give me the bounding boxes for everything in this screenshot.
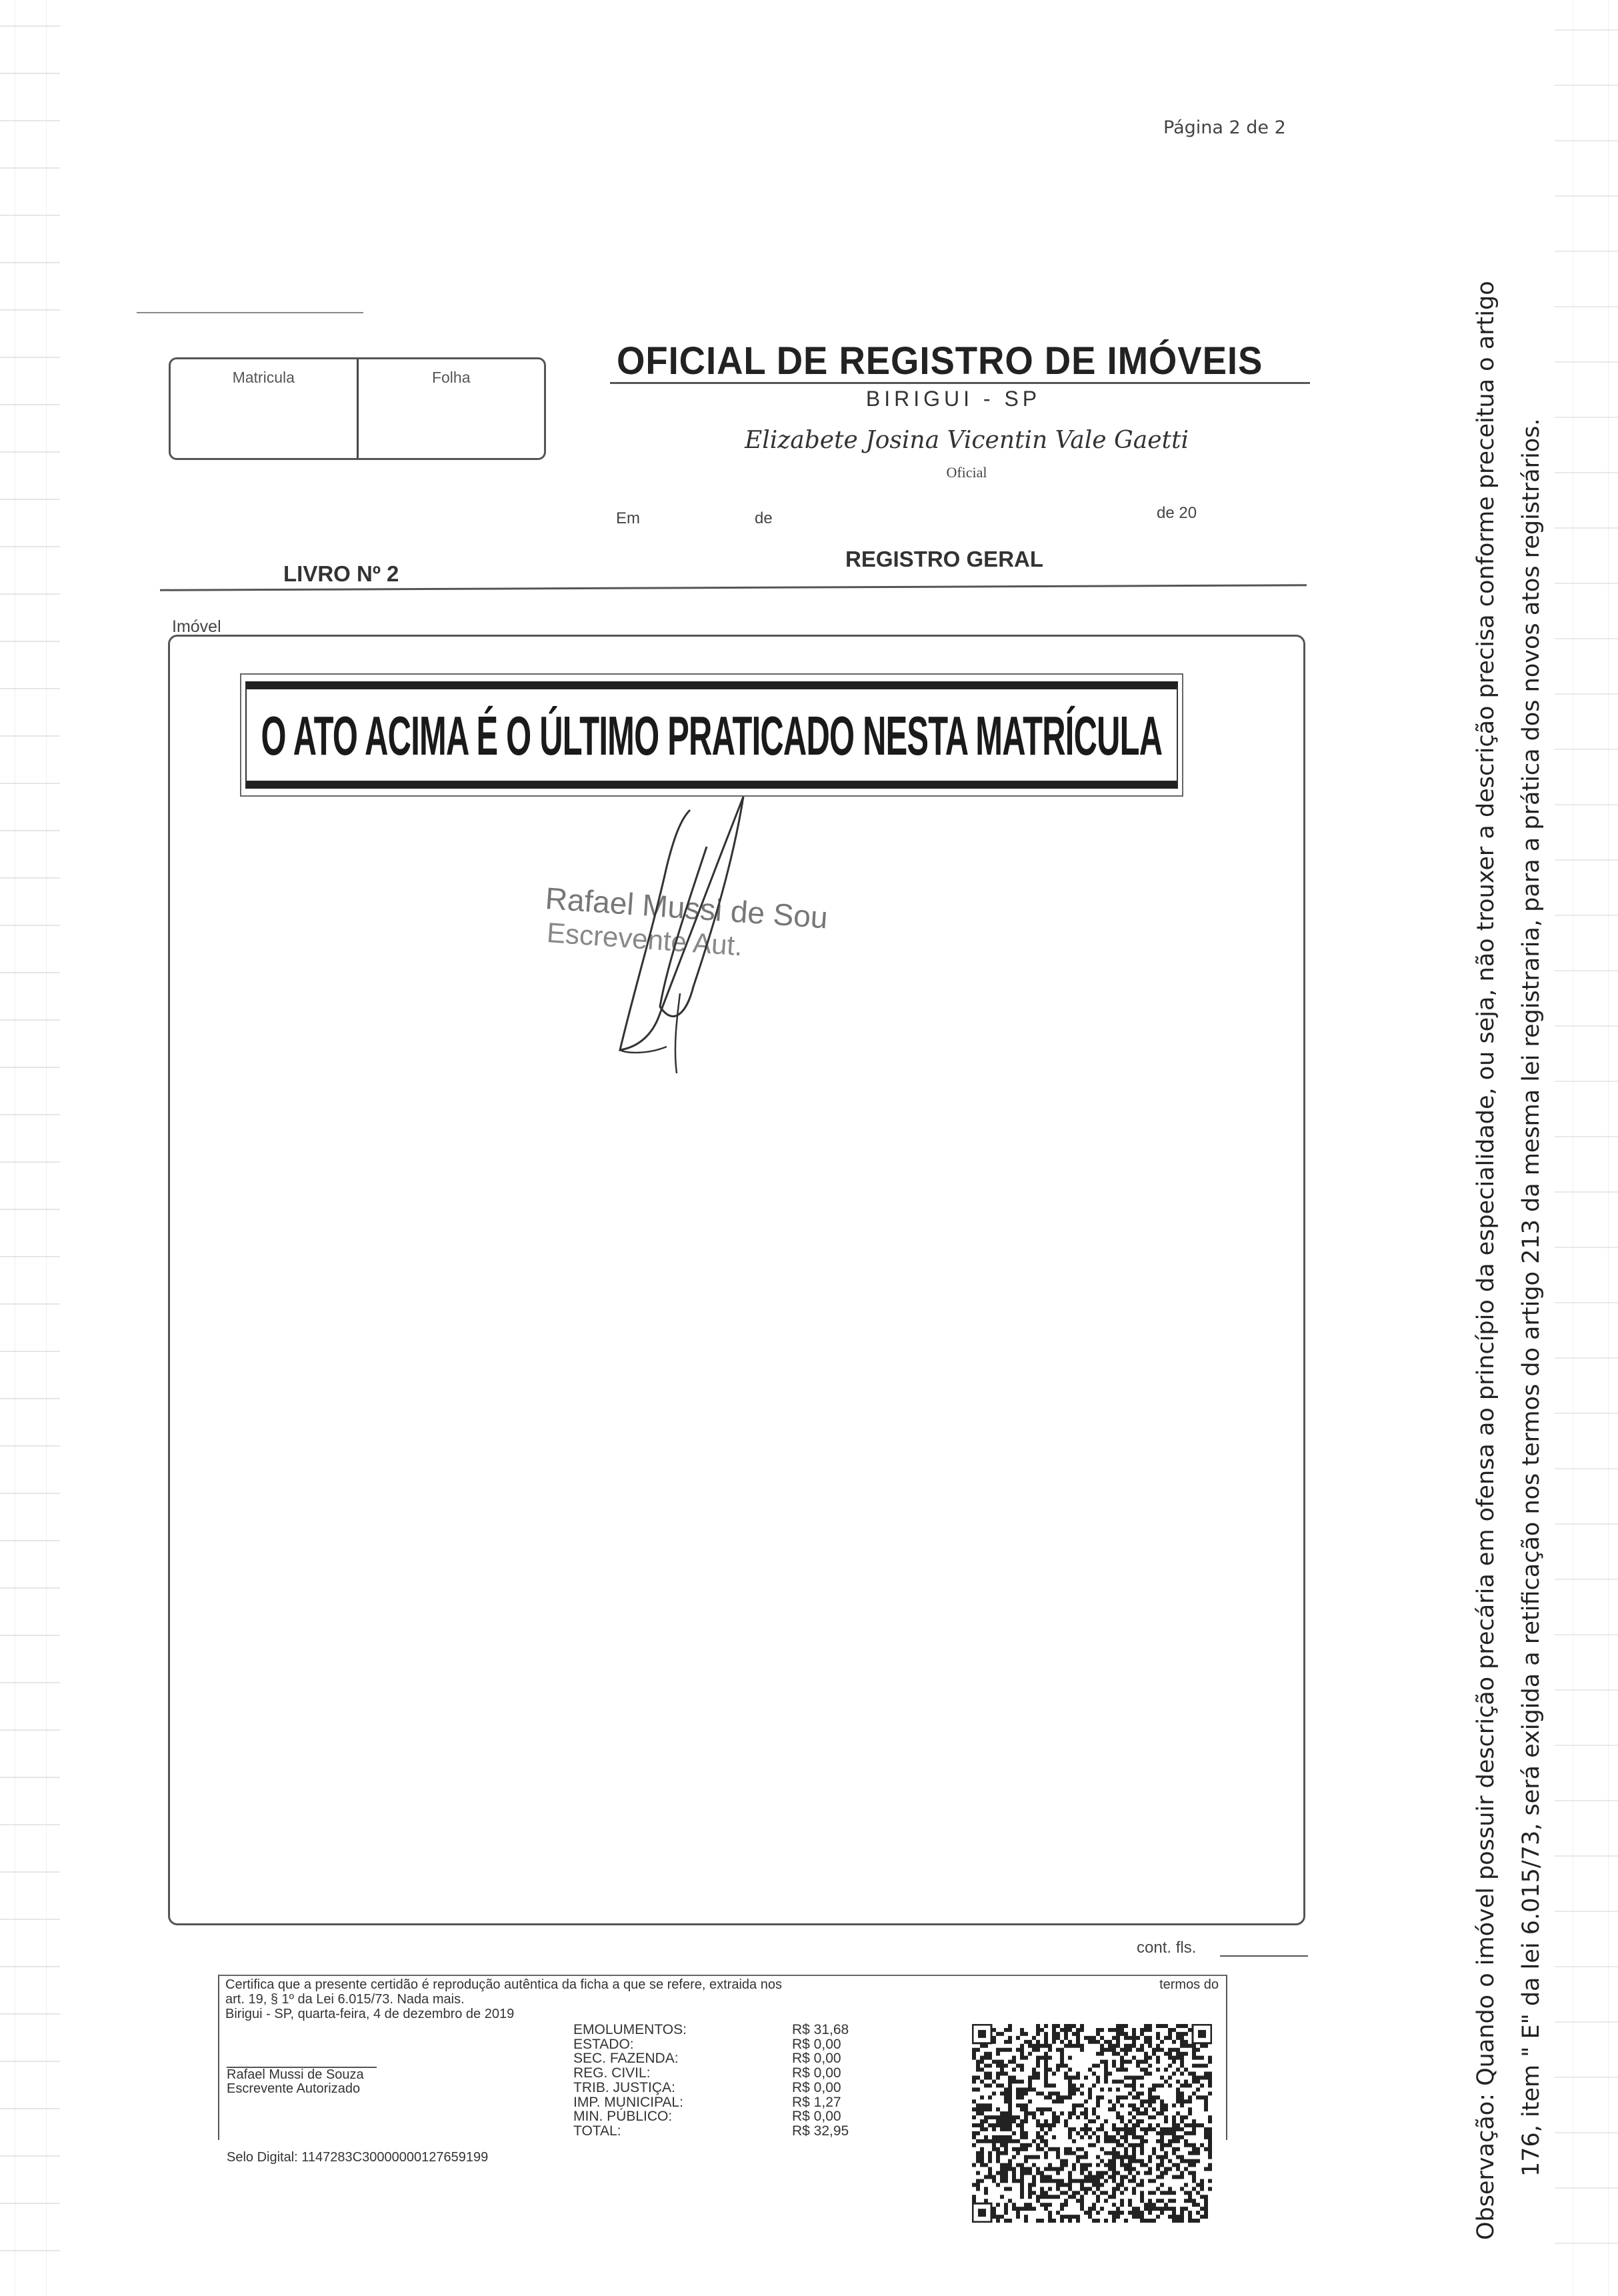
closing-stamp: O ATO ACIMA É O ÚLTIMO PRATICADO NESTA M…	[240, 673, 1183, 797]
fees-table: EMOLUMENTOS:R$ 31,68 ESTADO:R$ 0,00 SEC.…	[573, 2023, 885, 2139]
observation-line-2: 176, item " E" da lei 6.015/73, será exi…	[1509, 160, 1554, 2240]
date-de-label: de	[755, 509, 773, 528]
closing-stamp-text: O ATO ACIMA É O ÚLTIMO PRATICADO NESTA M…	[261, 703, 1163, 767]
folha-label: Folha	[359, 369, 545, 387]
matricula-label: Matricula	[171, 369, 357, 387]
date-em-label: Em	[616, 509, 640, 528]
folha-cell: Folha	[357, 359, 545, 458]
date-year-label: de 20	[1157, 504, 1197, 523]
book-label: LIVRO Nº 2	[283, 561, 399, 587]
side-observation-note: Observação: Quando o imóvel possuir desc…	[1463, 160, 1554, 2240]
observation-line-1: Observação: Quando o imóvel possuir desc…	[1463, 160, 1509, 2240]
officer-name: Elizabete Josina Vicentin Vale Gaetti	[667, 427, 1267, 454]
closing-stamp-frame: O ATO ACIMA É O ÚLTIMO PRATICADO NESTA M…	[245, 681, 1178, 789]
scan-edge-noise-left	[0, 0, 60, 2296]
continuation-line	[1220, 1955, 1308, 1957]
certificate-line-1-left: Certifica que a presente certidão é repr…	[225, 1977, 782, 1992]
certificate-text: Certifica que a presente certidão é repr…	[225, 1977, 1219, 2021]
qr-code-icon	[972, 2024, 1212, 2223]
page-number: Página 2 de 2	[1163, 117, 1286, 138]
fee-row: REG. CIVIL:R$ 0,00	[573, 2066, 885, 2081]
fee-row: MIN. PÚBLICO:R$ 0,00	[573, 2109, 885, 2124]
fee-row: IMP. MUNICIPAL:R$ 1,27	[573, 2095, 885, 2110]
office-title-rule	[610, 382, 1310, 384]
continuation-label: cont. fls.	[1137, 1939, 1196, 1957]
register-label: REGISTRO GERAL	[845, 547, 1043, 572]
certificate-line-1: Certifica que a presente certidão é repr…	[225, 1977, 1219, 1992]
certificate-signer-role: Escrevente Autorizado	[227, 2082, 364, 2096]
fee-row: EMOLUMENTOS:R$ 31,68	[573, 2023, 885, 2037]
digital-seal-id: Selo Digital: 1147283C30000000127659199	[227, 2150, 488, 2165]
certificate-line-2: art. 19, § 1º da Lei 6.015/73. Nada mais…	[225, 1992, 1219, 2007]
certificate-signer: Rafael Mussi de Souza Escrevente Autoriz…	[227, 2068, 364, 2096]
scan-edge-noise-right	[1555, 0, 1618, 2296]
certificate-line-1-right: termos do	[1159, 1977, 1219, 1992]
officer-title: Oficial	[813, 464, 1120, 481]
top-rule	[137, 312, 363, 313]
office-city: BIRIGUI - SP	[787, 387, 1120, 411]
matricula-cell: Matricula	[171, 359, 357, 458]
fee-row: TRIB. JUSTIÇA:R$ 0,00	[573, 2081, 885, 2095]
fee-row: ESTADO:R$ 0,00	[573, 2037, 885, 2052]
registration-box: Matricula Folha	[169, 357, 546, 460]
certificate-signer-name: Rafael Mussi de Souza	[227, 2068, 364, 2082]
handwritten-signature-icon	[580, 793, 793, 1073]
fee-row: SEC. FAZENDA:R$ 0,00	[573, 2051, 885, 2066]
office-title: OFICIAL DE REGISTRO DE IMÓVEIS	[617, 339, 1269, 383]
certificate-line-3: Birigui - SP, quarta-feira, 4 de dezembr…	[225, 2007, 1219, 2021]
property-label: Imóvel	[172, 617, 221, 637]
fee-row-total: TOTAL:R$ 32,95	[573, 2124, 885, 2139]
